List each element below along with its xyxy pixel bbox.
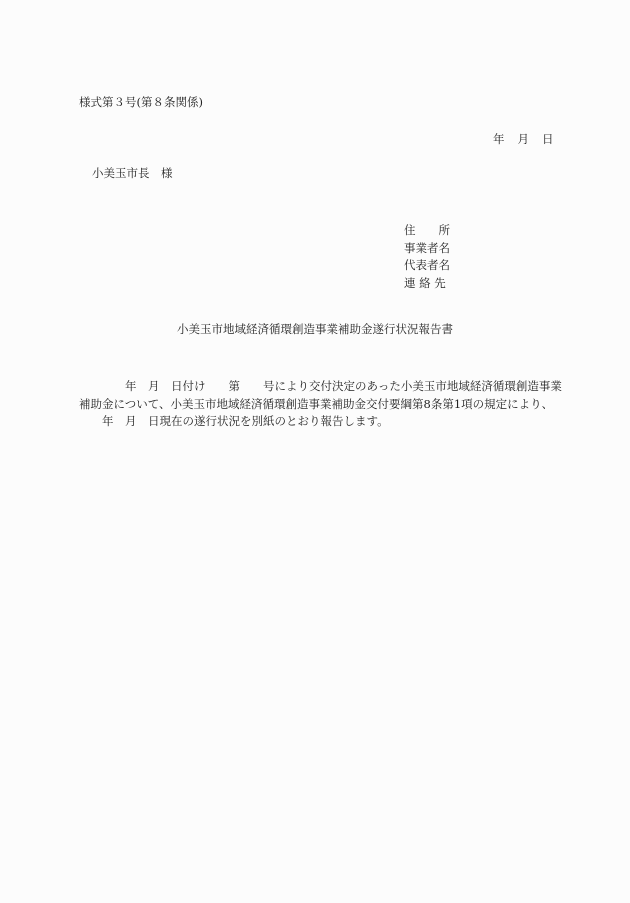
addressee: 小美玉市長 様 <box>92 168 173 180</box>
date-year: 年 <box>493 134 505 146</box>
field-label: 住 所 <box>404 223 450 237</box>
body-line: 年 月 日付け 第 号により交付決定のあった小美玉市地域経済循環創造事業 <box>79 378 562 396</box>
field-address: 住 所 <box>404 222 450 240</box>
field-label: 事業者名 <box>404 241 450 255</box>
body-paragraph: 年 月 日付け 第 号により交付決定のあった小美玉市地域経済循環創造事業 補助金… <box>79 378 562 431</box>
date-month: 月 <box>518 134 530 146</box>
field-label: 連 絡 先 <box>404 276 446 290</box>
body-line: 補助金について、小美玉市地域経済循環創造事業補助金交付要綱第8条第1項の規定によ… <box>79 396 562 414</box>
field-label: 代表者名 <box>404 258 450 272</box>
form-number: 様式第３号(第８条関係) <box>79 97 203 109</box>
field-business-name: 事業者名 <box>404 240 450 258</box>
field-contact: 連 絡 先 <box>404 275 450 293</box>
applicant-info: 住 所 事業者名 代表者名 連 絡 先 <box>404 222 450 292</box>
body-line: 年 月 日現在の遂行状況を別紙のとおり報告します。 <box>79 413 562 431</box>
date-line: 年月日 <box>493 134 554 146</box>
date-day: 日 <box>542 134 554 146</box>
document-title: 小美玉市地域経済循環創造事業補助金遂行状況報告書 <box>0 324 630 336</box>
field-representative: 代表者名 <box>404 257 450 275</box>
